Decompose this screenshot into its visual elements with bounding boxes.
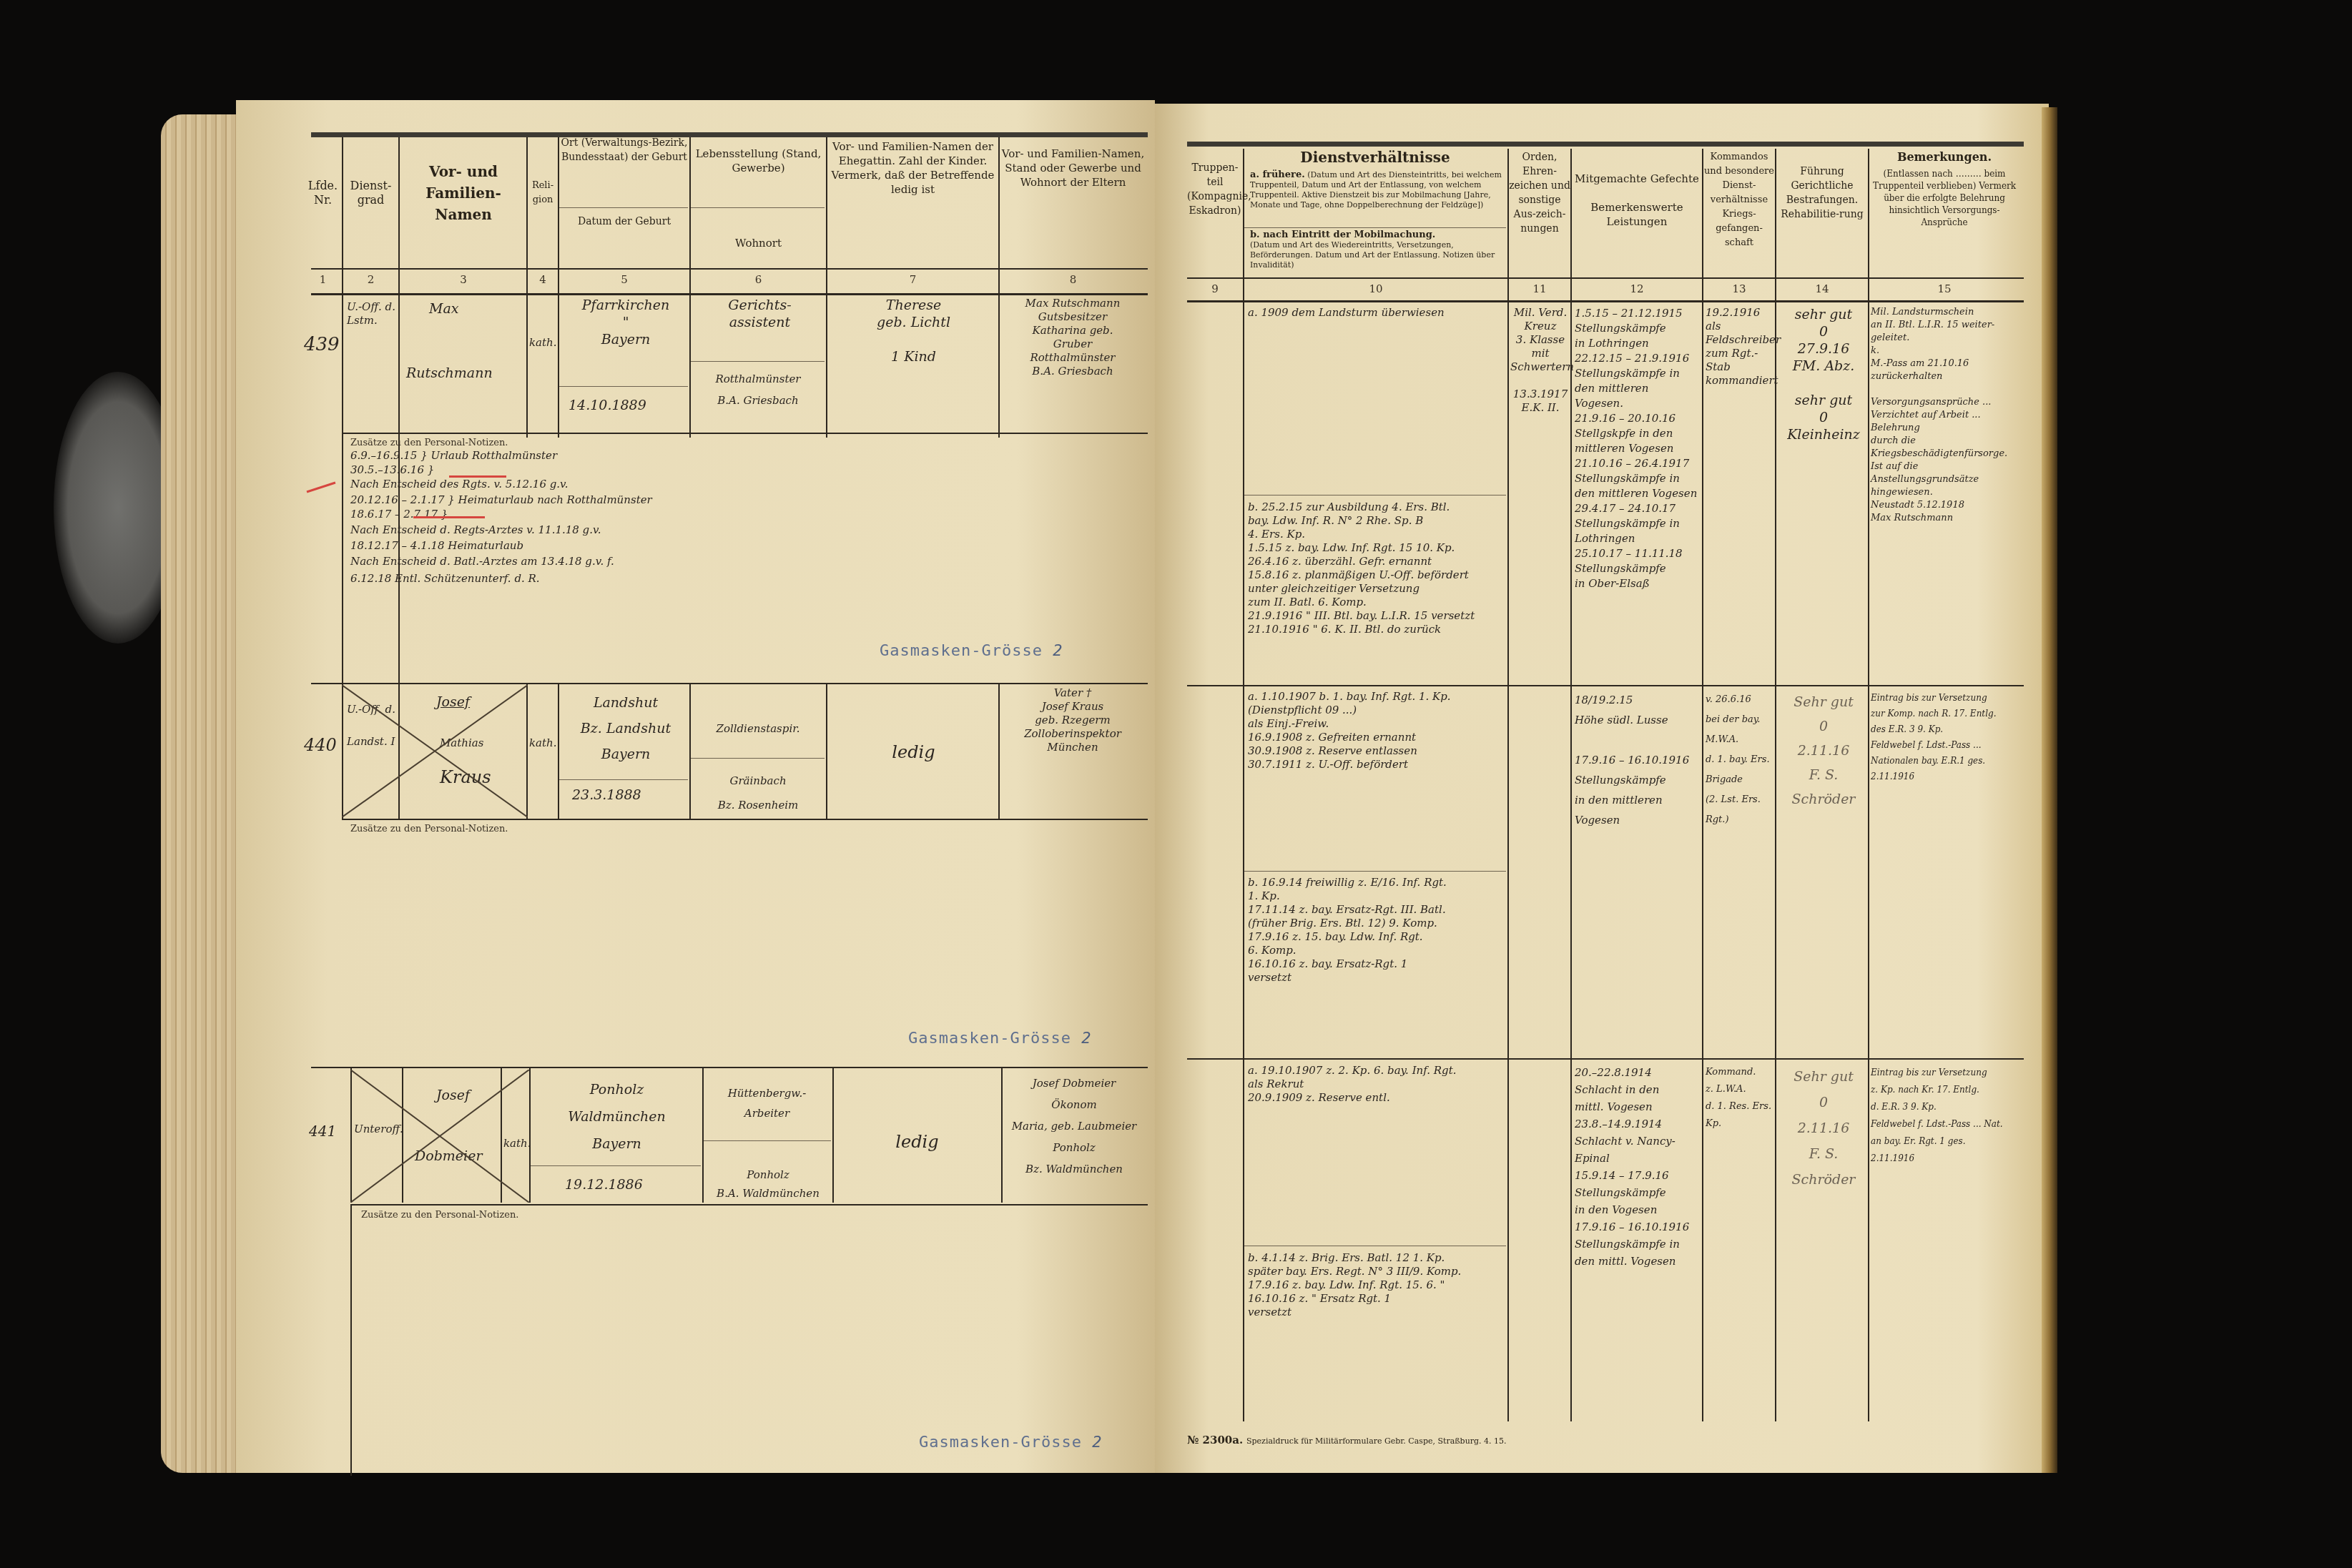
header-service-b-label: b. nach Eintritt der Mobilmachung. [1250,230,1435,240]
entry-spouse: ledig [833,744,994,761]
note-line: Nach Entscheid des Rgts. v. 5.12.16 g.v. [350,478,569,491]
entry-spouse: ledig [837,1133,998,1150]
remarks: Mil. Landsturmschein an II. Btl. L.I.R. … [1871,306,2028,525]
entry-birth-date: 19.12.1886 [565,1176,643,1193]
header-number-rule [1187,277,2024,279]
colnum-9: 9 [1187,282,1243,295]
colnum-2: 2 [343,273,398,286]
right-top-rule [1187,142,2024,147]
note-line: 20.12.16 – 2.1.17 } Heimaturlaub nach Ro… [350,493,652,507]
notes-label: Zusätze zu den Personal-Notizen. [350,824,508,834]
cell-divider [1244,871,1506,872]
colnum-4: 4 [528,273,558,286]
entry-birth-date: 14.10.1889 [569,397,646,414]
header-religion: Reli-gion [528,179,558,207]
header-birth-date: Datum der Geburt [559,215,689,229]
note-line: Nach Entscheid d. Batl.-Arztes am 13.4.1… [350,555,614,568]
header-service-a: a. frühere. (Datum und Art des Dienstein… [1250,170,1502,210]
cell-divider [704,1140,831,1141]
row-rule [342,433,1148,434]
row-rule [342,819,1148,820]
gasmask-stamp: Gasmasken-Grösse 2 [880,642,1063,660]
service-b: b. 4.1.14 z. Brig. Ers. Batl. 12 1. Kp. … [1248,1251,1505,1319]
entry-nr: 441 [309,1123,336,1140]
engagements: 20.–22.8.1914 Schlacht in den mittl. Vog… [1575,1064,1702,1270]
book-right-edge [2042,107,2057,1473]
gasmask-size: 2 [1053,642,1063,660]
header-service-a-label: a. frühere. [1250,169,1305,180]
colnum-3: 3 [400,273,526,286]
cell-divider [559,386,688,387]
entry-birth-date: 23.3.1888 [572,787,641,804]
printer-line: Spezialdruck für Militärformulare Gebr. … [1246,1436,1507,1446]
commands: 19.2.1916 als Feldschreiber zum Rgt.-Sta… [1706,306,1776,388]
entry-parents: Josef Dobmeier Ökonom Maria, geb. Laubme… [1003,1073,1146,1180]
row-rule [311,1067,1148,1068]
row-rule [311,683,1148,684]
col-line [558,683,559,819]
service-a: a. 19.10.1907 z. 2. Kp. 6. bay. Inf. Rgt… [1248,1064,1505,1105]
colnum-15: 15 [1869,282,2019,295]
notes-label: Zusätze zu den Personal-Notizen. [361,1210,518,1221]
commands: Kommand. z. L.W.A. d. 1. Res. Ers. Kp. [1706,1064,1776,1133]
header-divider [691,207,825,208]
decorations: Mil. Verd. Kreuz 3. Klasse mit Schwerter… [1510,306,1570,415]
entry-parents: Vater † Josef Kraus geb. Rzegerm Zollobe… [1001,686,1144,754]
colnum-10: 10 [1244,282,1507,295]
header-name: Vor- und Familien-Namen [400,161,526,225]
header-bemerkungen: Bemerkungen. [1869,150,2019,164]
cell-divider [1244,1246,1506,1246]
cell-divider [691,361,825,362]
colnum-12: 12 [1572,282,1702,295]
gasmask-size: 2 [1092,1434,1102,1451]
cell-divider [531,1165,701,1166]
header-bottom-rule [1187,300,2024,302]
service-b: b. 25.2.15 zur Ausbildung 4. Ers. Btl. b… [1248,501,1505,636]
header-spouse: Vor- und Familien-Namen der Ehegattin. Z… [827,139,998,197]
gasmask-size: 2 [1081,1030,1091,1047]
header-parents: Vor- und Familien-Namen, Stand oder Gewe… [1000,147,1146,189]
col-line [1702,149,1703,1421]
header-occupation: Lebensstellung (Stand, Gewerbe) [691,147,826,175]
form-number: № 2300a. [1187,1434,1243,1446]
note-line: 18.6.17 – 2.7.17 } [350,508,448,521]
col-line [529,1067,531,1203]
conduct: Sehr gut 0 2.11.16 F. S. Schröder [1779,1064,1868,1193]
gasmask-stamp: Gasmasken-Grösse 2 [919,1434,1102,1451]
colnum-5: 5 [559,273,689,286]
red-underline [413,516,485,518]
note-line: Nach Entscheid d. Regts-Arztes v. 11.1.1… [350,523,601,537]
entry-birthplace: Ponholz Waldmünchen Bayern [533,1076,701,1158]
entry-religion: kath. [529,736,557,750]
colnum-13: 13 [1703,282,1775,295]
entry-birthplace: Pfarrkirchen " Bayern [565,297,687,348]
header-bottom-rule [311,293,1148,295]
left-top-rule [311,132,1148,137]
entry-first-name: Max [429,300,459,317]
cell-divider [559,779,688,780]
conduct: sehr gut 0 27.9.16 FM. Abz. sehr gut 0 K… [1779,306,1868,443]
col-line [832,1067,834,1203]
header-gefechte: Mitgemachte Gefechte Bemerkenswerte Leis… [1572,172,1702,229]
engagements: 1.5.15 – 21.12.1915 Stellungskämpfe in L… [1575,306,1702,591]
colnum-14: 14 [1776,282,1868,295]
note-line: 30.5.–13.6.16 } [350,463,434,477]
col-line [702,1067,704,1203]
entry-nr: 440 [304,736,337,754]
header-number-rule [311,268,1148,270]
header-residence: Wohnort [691,236,826,250]
header-divider [1244,227,1506,228]
service-a: a. 1.10.1907 b. 1. bay. Inf. Rgt. 1. Kp.… [1248,690,1505,771]
colnum-8: 8 [1000,273,1146,286]
col-line [1507,149,1509,1421]
entry-residence: Gräinbach Bz. Rosenheim [694,769,822,817]
notes-label: Zusätze zu den Personal-Notizen. [350,438,508,448]
form-footer: № 2300a. Spezialdruck für Militärformula… [1187,1434,1507,1446]
header-truppenteil: Truppen-teil (Kompagnie, Eskadron) [1187,161,1243,218]
entry-residence: Ponholz B.A. Waldmünchen [704,1165,832,1203]
entry-religion: kath. [529,336,557,350]
header-kommandos: Kommandos und besondere Dienst-verhältni… [1703,150,1775,250]
header-birthplace: Ort (Verwaltungs-Bezirk, Bundesstaat) de… [559,136,689,164]
col-line [350,1204,352,1476]
header-orden: Orden, Ehren-zeichen und sonstige Aus-ze… [1509,150,1570,236]
entry-occupation: Zolldienstaspir. [694,722,822,736]
conduct: Sehr gut 0 2.11.16 F. S. Schröder [1779,690,1868,812]
cell-divider [691,758,825,759]
col-line [1570,149,1572,1421]
entry-spouse: Therese geb. Lichtl 1 Kind [833,297,994,365]
row-rule [1187,685,2024,686]
col-line [558,137,559,438]
header-fuehrung: Führung Gerichtliche Bestrafungen. Rehab… [1776,164,1868,222]
entry-occupation: Hüttenbergw.- Arbeiter [704,1083,830,1123]
colnum-7: 7 [827,273,998,286]
gasmask-stamp: Gasmasken-Grösse 2 [908,1030,1091,1047]
cross-out-mark [350,1070,529,1203]
entry-parents: Max Rutschmann Gutsbesitzer Katharina ge… [1001,297,1144,378]
entry-nr: 439 [304,336,340,353]
header-bemerkungen-text: (Entlassen nach ……… beim Truppenteil ver… [1869,168,2019,229]
cell-divider [1244,495,1506,495]
entry-occupation: Gerichts- assistent [697,297,822,331]
colnum-6: 6 [691,273,826,286]
colnum-1: 1 [304,273,342,286]
header-dienstgrad: Dienst-grad [343,179,398,207]
entry-residence: Rotthalmünster B.A. Griesbach [694,368,822,411]
col-line [689,683,691,819]
commands: v. 26.6.16 bei der bay. M.W.A. d. 1. bay… [1706,690,1776,830]
entry-rank: U.-Off. d. Lstm. [347,300,397,327]
header-divider [559,207,688,208]
header-service-b-text: (Datum und Art des Wiedereintritts, Vers… [1250,240,1495,270]
col-line [826,683,827,819]
service-a: a. 1909 dem Landsturm überwiesen [1248,306,1505,320]
col-line [1243,149,1244,1421]
row-rule [350,1204,1148,1205]
header-lfde-nr: Lfde. Nr. [304,179,342,207]
row-rule [1187,1058,2024,1060]
entry-birthplace: Landshut Bz. Landshut Bayern [565,690,687,767]
col-line [998,683,1000,819]
entry-last-name: Rutschmann [406,365,493,382]
col-line [1868,149,1869,1421]
note-line: 18.12.17 – 4.1.18 Heimaturlaub [350,539,523,553]
note-line: 6.9.–16.9.15 } Urlaub Rotthalmünster [350,449,557,463]
col-line [689,137,691,438]
engagements: 18/19.2.15 Höhe südl. Lusse 17.9.16 – 16… [1575,690,1702,830]
service-b: b. 16.9.14 freiwillig z. E/16. Inf. Rgt.… [1248,876,1505,985]
header-dienstverhaeltnisse: Dienstverhältnisse [1246,150,1505,164]
colnum-11: 11 [1509,282,1570,295]
header-service-b: b. nach Eintritt der Mobilmachung.(Datum… [1250,230,1502,270]
remarks: Eintrag bis zur Versetzung zur Komp. nac… [1871,690,2028,784]
remarks: Eintrag bis zur Versetzung z. Kp. nach K… [1871,1064,2028,1167]
book-page-edges [161,114,247,1473]
note-line: 6.12.18 Entl. Schützenunterf. d. R. [350,572,540,586]
cross-out-mark [342,685,528,817]
